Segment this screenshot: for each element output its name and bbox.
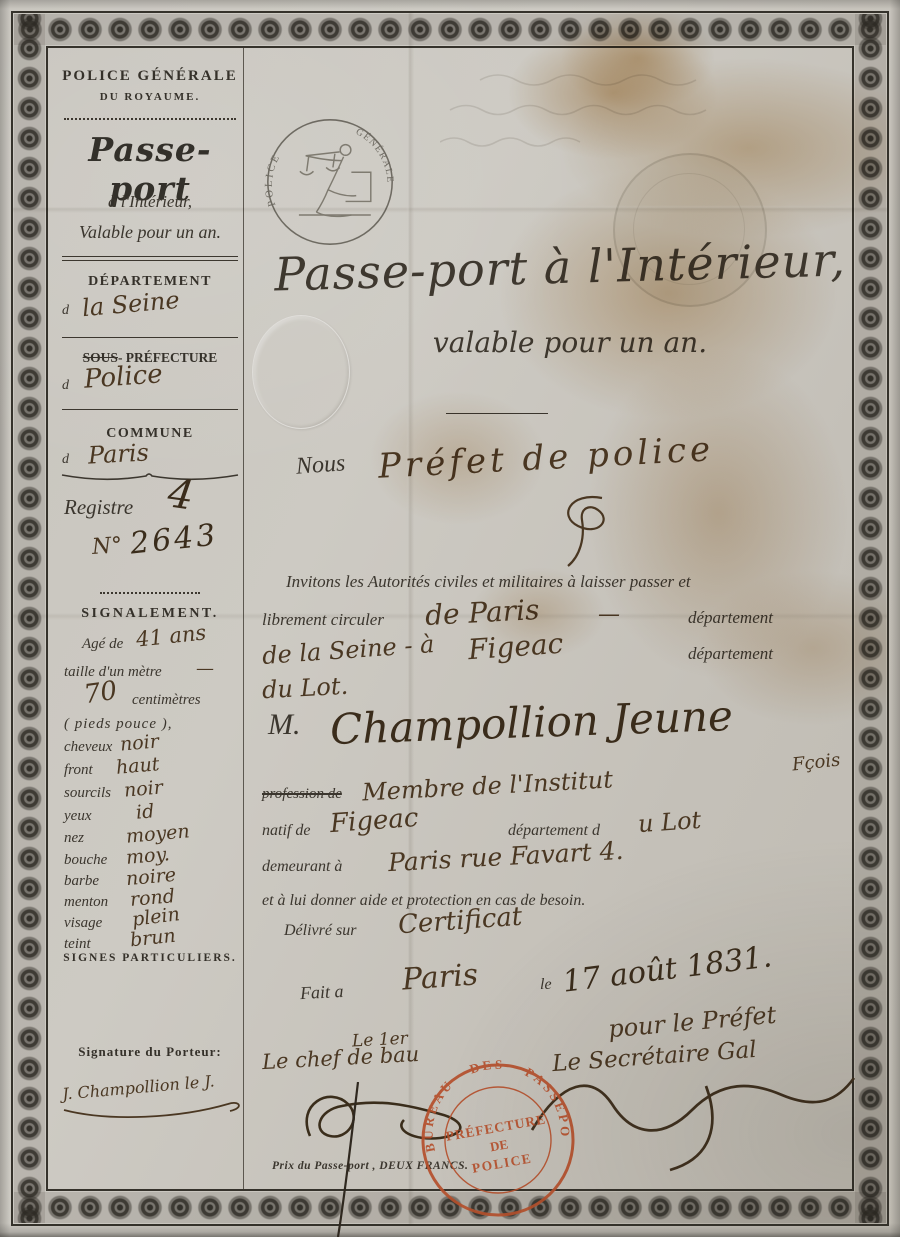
row-label: nez [64, 830, 84, 846]
demeurant-label: demeurant à [262, 858, 342, 876]
signature-porteur-flourish [60, 1096, 250, 1124]
row-value: noir [119, 730, 160, 755]
commune-label: COMMUNE [55, 426, 245, 442]
cm-value: 70 [82, 676, 119, 710]
delivre-label: Délivré sur [284, 922, 356, 940]
row-label: sourcils [64, 785, 111, 801]
signalement-title: SIGNALEMENT. [55, 606, 245, 622]
left-doc-validity: Valable pour un an. [50, 222, 250, 243]
librement-label: librement circuler [262, 610, 384, 630]
nous-label: Nous [295, 450, 346, 480]
rule [62, 409, 238, 410]
prefecture-d: d [62, 378, 69, 394]
dest-dep-value: du Lot. [261, 672, 348, 704]
row-label: cheveux [64, 739, 112, 755]
svg-text:GÉNÉRALE: GÉNÉRALE [354, 126, 396, 184]
row-value: id [135, 800, 155, 824]
dotted-rule [100, 592, 200, 594]
ornament-border-right [855, 14, 886, 1223]
row-label: yeux [64, 808, 91, 824]
commune-value: Paris [87, 438, 149, 469]
rule [62, 337, 238, 338]
title-rule [446, 413, 548, 414]
agency-heading-line1: POLICE GÉNÉRALE [55, 68, 245, 85]
brace-rule [60, 470, 240, 484]
main-validity: valable pour un an. [320, 326, 820, 359]
row-label: visage [64, 915, 102, 931]
left-doc-subtitle: à l'Intérieur, [55, 192, 245, 212]
departement-label-1: département [688, 608, 773, 628]
paraph-flourish [540, 490, 630, 570]
justice-seal-icon: POLICE GÉNÉRALE [262, 114, 398, 250]
natif-label: natif de [262, 822, 310, 840]
age-label: Agé de [82, 636, 123, 653]
agency-heading-line2: DU ROYAUME. [55, 91, 245, 103]
dest-value: Figeac [467, 627, 564, 667]
cm-label: centimètres [132, 692, 201, 709]
prefecture-value: Police [83, 359, 164, 394]
row-value: brun [129, 925, 177, 952]
signalement-rows: cheveuxnoir fronthaut sourcilsnoir yeuxi… [64, 738, 240, 956]
dash-mark: — [598, 602, 620, 627]
protection-line: et à lui donner aide et protection en ca… [262, 892, 585, 910]
row-label: menton [64, 894, 108, 910]
fait-city: Paris [401, 957, 479, 997]
row-value: haut [115, 753, 160, 779]
stamp-center-line3: POLICE [471, 1150, 533, 1175]
invitons-line: Invitons les Autorités civiles et milita… [286, 572, 691, 592]
signature-porteur-label: Signature du Porteur: [55, 1044, 245, 1060]
row-label: bouche [64, 852, 107, 868]
ornament-border-top [14, 14, 886, 45]
from-value: de Paris [424, 593, 540, 632]
bleedthrough-writing [440, 58, 860, 168]
signes-title: SIGNES PARTICULIERS. [55, 952, 245, 964]
dotted-rule [64, 118, 236, 120]
row-label: barbe [64, 873, 99, 889]
svg-text:POLICE: POLICE [263, 151, 283, 208]
row-label: teint [64, 936, 91, 952]
seal-text-police: POLICE [263, 151, 283, 208]
row-value: noir [123, 776, 164, 801]
ornament-border-left [14, 14, 45, 1223]
taille-value: — [196, 658, 214, 679]
passport-document: POLICE GÉNÉRALE DU ROYAUME. Passe-port à… [0, 0, 900, 1237]
natif-value: Figeac [329, 803, 419, 839]
registre-label: Registre [64, 495, 133, 520]
departement-label-2: département [688, 644, 773, 664]
profession-label-struck: profession de [262, 786, 342, 803]
numero-label: N° [91, 533, 123, 560]
seal-text-generale: GÉNÉRALE [354, 126, 396, 184]
row-label: front [64, 762, 93, 778]
commune-d: d [62, 452, 69, 468]
prefecture-police-stamp: BUREAU · DES · PASSEPORTS PRÉFECTURE DE … [405, 1047, 590, 1232]
double-rule [62, 256, 238, 261]
dep-value: u Lot [637, 806, 702, 838]
stamp-center-line2: DE [489, 1136, 509, 1154]
pen-stroke [328, 1082, 372, 1237]
fait-label: Fait a [299, 981, 344, 1004]
justice-figure [299, 145, 371, 217]
monsieur-label: M. [268, 708, 301, 742]
le-label: le [540, 976, 552, 994]
departement-d: d [62, 303, 69, 319]
